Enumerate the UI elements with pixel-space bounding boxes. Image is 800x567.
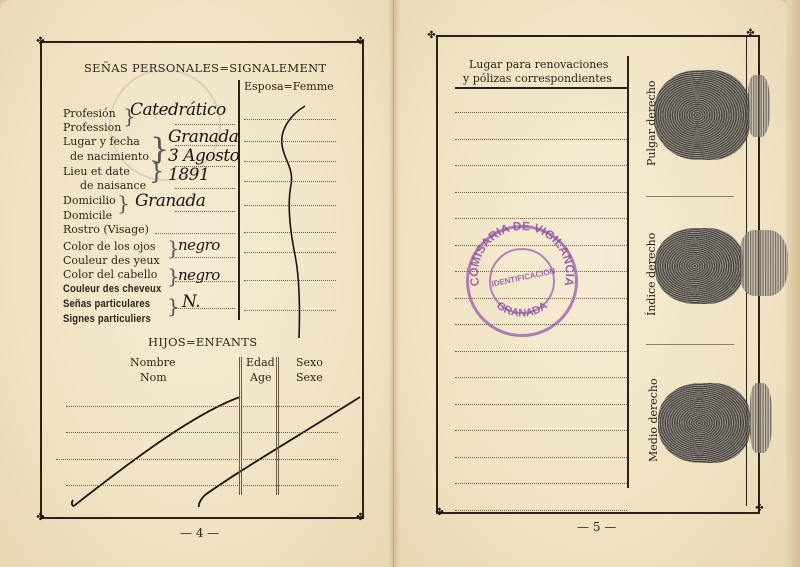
renewal-line xyxy=(455,457,627,458)
fingerprint-thumb-smudge xyxy=(748,75,770,137)
fingerprint-label-middle: Medio derecho xyxy=(647,378,660,462)
column-header-edad: Edad xyxy=(246,356,275,369)
renewal-line xyxy=(455,483,627,484)
renewal-line xyxy=(455,404,627,405)
page-number-right: — 5 — xyxy=(577,520,616,534)
fingerprint-middle xyxy=(658,383,750,463)
renewal-line xyxy=(455,165,627,166)
renewal-line xyxy=(455,510,627,511)
renewal-line xyxy=(455,192,627,193)
children-row-line xyxy=(66,406,338,407)
corner-ornament-icon: ✤ xyxy=(427,31,436,40)
corner-ornament-icon: ✤ xyxy=(755,504,764,513)
children-row-line xyxy=(56,459,338,460)
children-row-line xyxy=(66,485,338,486)
corner-ornament-icon: ✤ xyxy=(746,29,755,38)
svg-text:GRANADA: GRANADA xyxy=(494,300,550,320)
column-header-nom: Nom xyxy=(140,371,167,384)
fingerprint-middle-smudge xyxy=(750,383,772,453)
renewal-line xyxy=(455,430,627,431)
column-divider xyxy=(276,357,279,495)
fingerprint-thumb xyxy=(654,70,750,160)
page-number-left: — 4 — xyxy=(180,526,219,540)
renewal-line xyxy=(455,139,627,140)
renewal-line xyxy=(455,112,627,113)
renewals-column-divider xyxy=(627,56,629,488)
column-divider xyxy=(239,357,242,495)
renewal-line xyxy=(455,218,627,219)
section-title-children: HIJOS=ENFANTS xyxy=(148,336,257,349)
fingerprint-separator xyxy=(646,344,734,345)
renewals-header-underline xyxy=(455,87,627,89)
column-header-sexe: Sexe xyxy=(296,371,323,384)
fingerprint-label-index: Índice derecho xyxy=(645,233,658,316)
renewals-header-line-2: y pólizas correspondientes xyxy=(463,72,612,85)
renewal-line xyxy=(455,377,627,378)
renewal-line xyxy=(455,351,627,352)
fingerprint-index xyxy=(655,228,743,304)
fingerprint-label-thumb: Pulgar derecho xyxy=(645,80,658,166)
corner-ornament-icon: ✤ xyxy=(435,508,444,517)
column-header-sexo: Sexo xyxy=(296,356,323,369)
fingerprint-index-smudge xyxy=(740,230,788,296)
fingerprint-separator xyxy=(646,196,734,197)
children-row-line xyxy=(66,432,338,433)
column-header-nombre: Nombre xyxy=(130,356,176,369)
column-header-age: Age xyxy=(250,371,272,384)
renewals-header-line-1: Lugar para renovaciones xyxy=(469,58,608,71)
